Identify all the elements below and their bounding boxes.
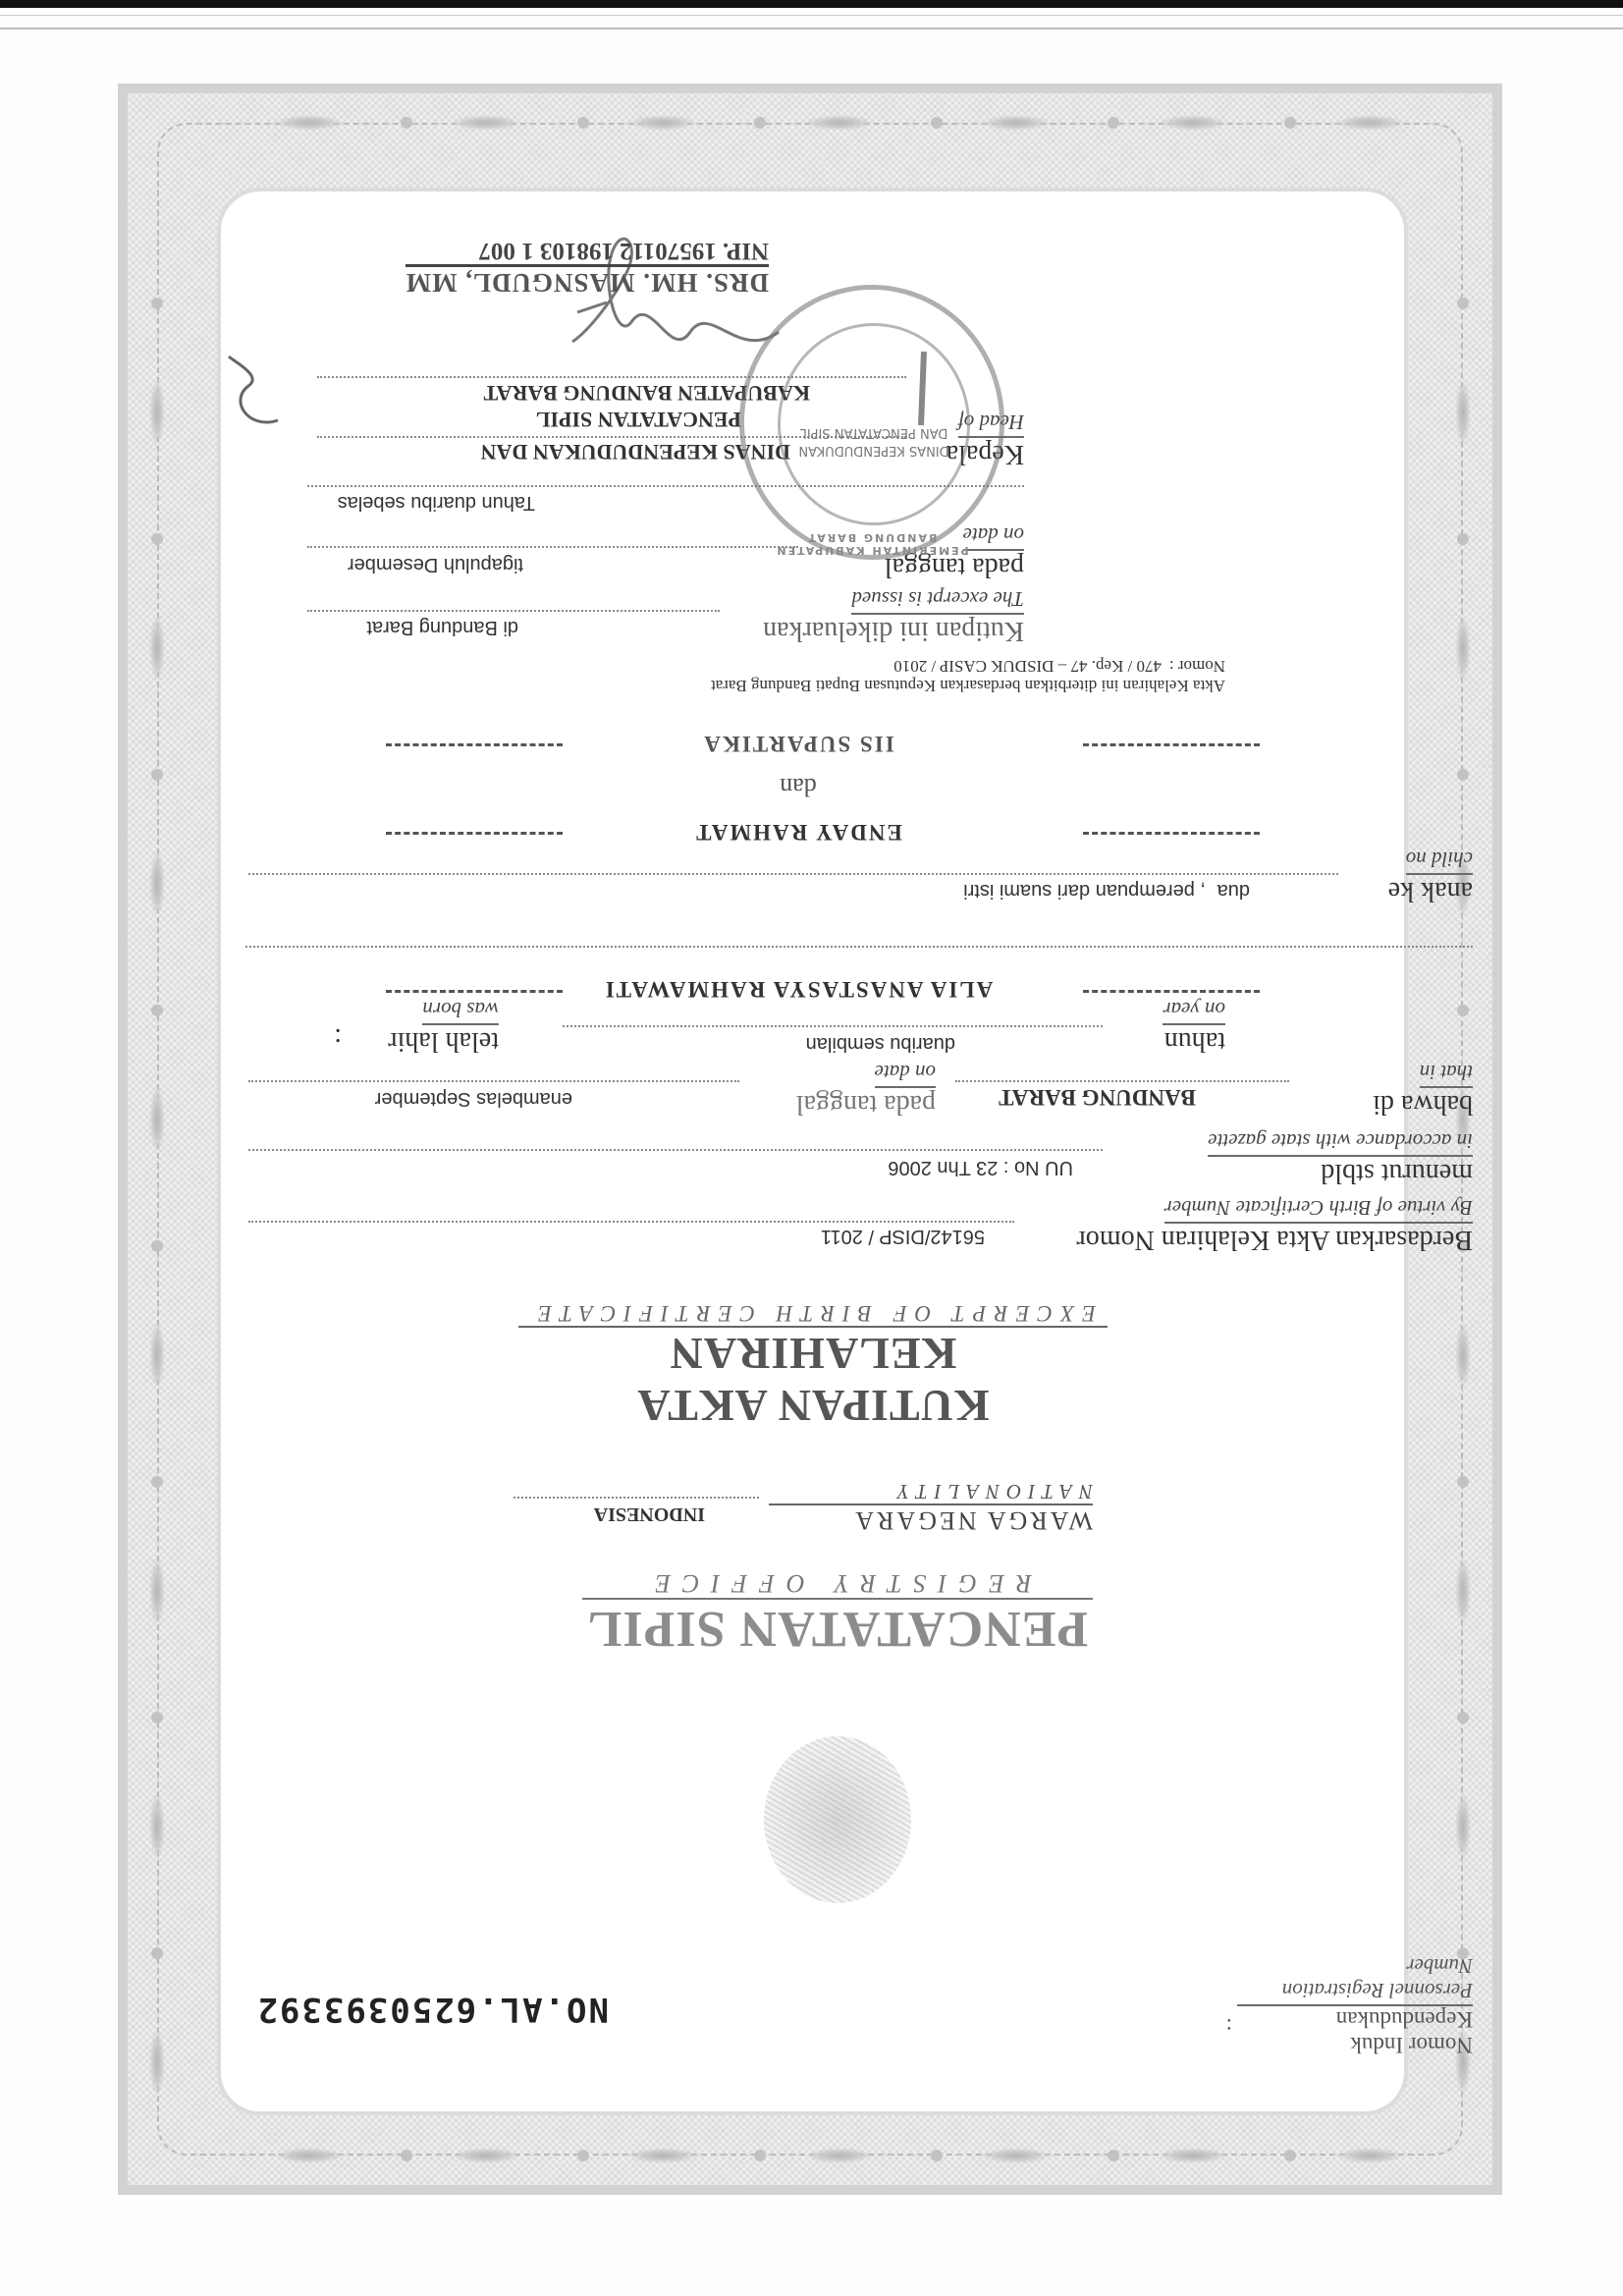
border-ornament	[805, 2148, 874, 2163]
birthplace-value: BANDUNG BARAT	[999, 1084, 1196, 1110]
dotted-line	[248, 1149, 1103, 1151]
scanned-birth-certificate: Nomor Induk Kependudukan Personnel Regis…	[0, 0, 1623, 2296]
border-dot	[151, 1476, 163, 1488]
border-dot	[1457, 769, 1469, 781]
registration-label: Nomor Induk Kependudukan Personnel Regis…	[1237, 1953, 1473, 2057]
birthplace-label-en: that in	[1420, 1060, 1473, 1088]
border-dot	[1457, 1005, 1469, 1016]
dashed-line	[1083, 743, 1260, 746]
border-ornament	[982, 2148, 1051, 2163]
border-dot	[1108, 2150, 1119, 2161]
border-dot	[151, 1240, 163, 1252]
border-ornament	[1335, 2148, 1404, 2163]
border-ornament	[149, 378, 165, 447]
stamp-inner-text: DINAS KEPENDUDUKAN DAN PENCATATAN SIPIL	[785, 423, 962, 459]
border-dot	[151, 1712, 163, 1723]
dotted-line	[248, 1080, 739, 1082]
border-ornament	[275, 115, 344, 131]
border-ornament	[149, 849, 165, 918]
border-dot	[754, 117, 766, 129]
issuance-date: tigapuluh Desember	[348, 553, 523, 575]
issuance-year: Tahun duaribu sebelas	[338, 491, 535, 514]
check-mark-icon	[906, 342, 936, 430]
border-ornament	[1455, 1792, 1471, 1861]
border-dot	[151, 1005, 163, 1016]
dotted-line	[307, 546, 798, 548]
registration-label-id: Nomor Induk Kependudukan	[1237, 2006, 1473, 2057]
border-ornament	[1455, 614, 1471, 683]
child-name: ALIA ANASTASYA RAHMAWATI	[563, 976, 1034, 1002]
gazette-label-en: in accordance with state gazette	[1208, 1128, 1473, 1157]
nationality-label-id: WARGA NEGARA	[769, 1505, 1093, 1535]
border-ornament	[452, 2148, 520, 2163]
border-dot	[151, 769, 163, 781]
border-ornament	[149, 1792, 165, 1861]
border-ornament	[1455, 378, 1471, 447]
signatory-nip: NIP. 19570112 198103 1 007	[406, 237, 769, 264]
border-ornament	[149, 1557, 165, 1625]
field-child-order: anak ke child no	[1355, 847, 1473, 906]
decree-line-2-label: Nomor :	[1169, 656, 1225, 676]
border-dot	[931, 117, 943, 129]
border-ornament	[805, 115, 874, 131]
decree-line-2-value: 470 / Kep. 47 – DISDUK CASIP / 2010	[893, 656, 1162, 676]
signatory: DRS. HM. MASNGUDL, MM NIP. 19570112 1981…	[406, 237, 769, 298]
border-dot	[1284, 117, 1296, 129]
border-dot	[401, 2150, 412, 2161]
border-ornament	[149, 2028, 165, 2097]
issuance-label-id: Kutipan ini dikeluarkan	[730, 615, 1024, 646]
garuda-emblem-icon	[764, 1736, 911, 1903]
certificate-number-label-id: Berdasarkan Akta Kelahiran Nomor	[1021, 1224, 1473, 1255]
decree-line-1: Akta Kelahiran ini diterbitkan berdasark…	[711, 676, 1225, 695]
document-title-main: KUTIPAN AKTA KELAHIRAN	[518, 1328, 1108, 1432]
mother-name: IIS SUPARTIKA	[563, 731, 1034, 756]
stamp-inner-line-2: DAN PENCATATAN SIPIL	[785, 423, 962, 441]
issuance-label-en: The excerpt is issued	[851, 586, 1024, 615]
office-header: PENCATATAN SIPIL REGISTRY OFFICE	[582, 1568, 1093, 1658]
border-ornament	[628, 2148, 697, 2163]
child-order-value: dua	[1217, 879, 1250, 902]
conjunction: dan	[563, 772, 1034, 801]
child-order-label-en: child no	[1406, 847, 1473, 875]
nationality-label: WARGA NEGARA NATIONALITY	[769, 1479, 1093, 1535]
dashed-line	[1083, 832, 1260, 835]
border-dot	[1457, 1712, 1469, 1723]
paraf-mark-icon	[219, 352, 288, 430]
scanner-line	[0, 27, 1623, 29]
child-relation: , perempuan dari suami istri	[963, 879, 1206, 902]
birth-date-label-id: pada tanggal	[759, 1088, 936, 1120]
birth-year-label-id: tahun	[1108, 1025, 1225, 1057]
border-dot	[577, 117, 589, 129]
issuance-label: Kutipan ini dikeluarkan The excerpt is i…	[730, 586, 1024, 646]
border-dot	[754, 2150, 766, 2161]
registration-label-en: Personnel Registration Number	[1237, 1953, 1473, 2006]
stamp-inner-line-1: DINAS KEPENDUDUKAN	[785, 441, 962, 459]
document-title: KUTIPAN AKTA KELAHIRAN EXCERPT OF BIRTH …	[518, 1300, 1108, 1432]
gazette-value: UU No : 23 Thn 2006	[888, 1156, 1073, 1178]
child-order-label-id: anak ke	[1355, 875, 1473, 906]
registration-colon: :	[1226, 2013, 1232, 2039]
border-ornament	[149, 1321, 165, 1390]
born-label-en: was born	[422, 997, 499, 1025]
border-ornament	[149, 1085, 165, 1154]
dotted-line	[563, 1025, 1103, 1027]
field-certificate-number: Berdasarkan Akta Kelahiran Nomor By virt…	[1021, 1195, 1473, 1255]
born-label-id: telah lahir	[352, 1025, 499, 1057]
border-dot	[1284, 2150, 1296, 2161]
dotted-line	[514, 1497, 759, 1499]
office-subtitle: REGISTRY OFFICE	[582, 1568, 1093, 1600]
border-ornament	[149, 614, 165, 683]
dotted-line	[248, 1221, 1014, 1223]
dotted-line	[955, 1080, 1289, 1082]
field-born: telah lahir was born	[352, 997, 499, 1057]
dashed-line	[386, 743, 563, 746]
field-gazette: menurut stbld in accordance with state g…	[1021, 1128, 1473, 1188]
official-line-2: PENCATATAN SIPIL	[536, 407, 741, 432]
dotted-line	[307, 610, 720, 612]
issuance-place: di Bandung Barat	[366, 616, 518, 638]
field-birthplace: bahwa di that in	[1296, 1060, 1473, 1120]
border-dot	[1457, 533, 1469, 545]
registration-number: NO.AL.6250393392	[255, 1990, 609, 2029]
birth-date-value: enambelas September	[375, 1087, 572, 1110]
scanner-edge	[0, 0, 1623, 8]
border-dot	[577, 2150, 589, 2161]
scanner-line	[0, 15, 1623, 16]
border-dot	[1457, 298, 1469, 309]
border-dot	[151, 298, 163, 309]
born-colon: :	[334, 1021, 342, 1053]
field-birth-date: pada tanggal on date	[759, 1060, 936, 1120]
gazette-label-id: menurut stbld	[1021, 1157, 1473, 1188]
border-ornament	[1159, 2148, 1227, 2163]
border-ornament	[1455, 1321, 1471, 1390]
document-title-sub: EXCERPT OF BIRTH CERTIFICATE	[518, 1300, 1108, 1328]
dashed-line	[386, 832, 563, 835]
border-dot	[931, 2150, 943, 2161]
border-dot	[401, 117, 412, 129]
border-ornament	[982, 115, 1051, 131]
border-dot	[1108, 117, 1119, 129]
field-birth-year: tahun on year	[1108, 997, 1225, 1057]
birth-date-label-en: on date	[875, 1060, 936, 1088]
dashed-line	[386, 990, 563, 993]
birth-year-label-en: on year	[1163, 997, 1225, 1025]
border-dot	[1457, 1476, 1469, 1488]
border-ornament	[275, 2148, 344, 2163]
nationality-value: INDONESIA	[594, 1503, 705, 1525]
border-dot	[151, 533, 163, 545]
border-ornament	[628, 115, 697, 131]
border-ornament	[1335, 115, 1404, 131]
dotted-line	[245, 946, 1473, 948]
border-ornament	[1455, 1557, 1471, 1625]
signatory-name: DRS. HM. MASNGUDL, MM	[406, 264, 769, 298]
nationality-label-en: NATIONALITY	[769, 1479, 1093, 1505]
office-title: PENCATATAN SIPIL	[582, 1600, 1093, 1658]
dashed-line	[1083, 990, 1260, 993]
border-ornament	[1159, 115, 1227, 131]
certificate-number-value: 56142/DISP / 2011	[821, 1225, 985, 1247]
dotted-line	[248, 873, 1338, 875]
birthplace-label-id: bahwa di	[1296, 1088, 1473, 1120]
father-name: ENDAY RAHMAT	[563, 819, 1034, 845]
birth-year-value: duaribu sembilan	[806, 1032, 955, 1055]
border-ornament	[452, 115, 520, 131]
certificate-number-label-en: By virtue of Birth Certificate Number	[1164, 1195, 1473, 1224]
stamp-ring-text: PEMERINTAH KABUPATEN BANDUNG BARAT	[754, 531, 990, 557]
border-dot	[151, 1947, 163, 1959]
